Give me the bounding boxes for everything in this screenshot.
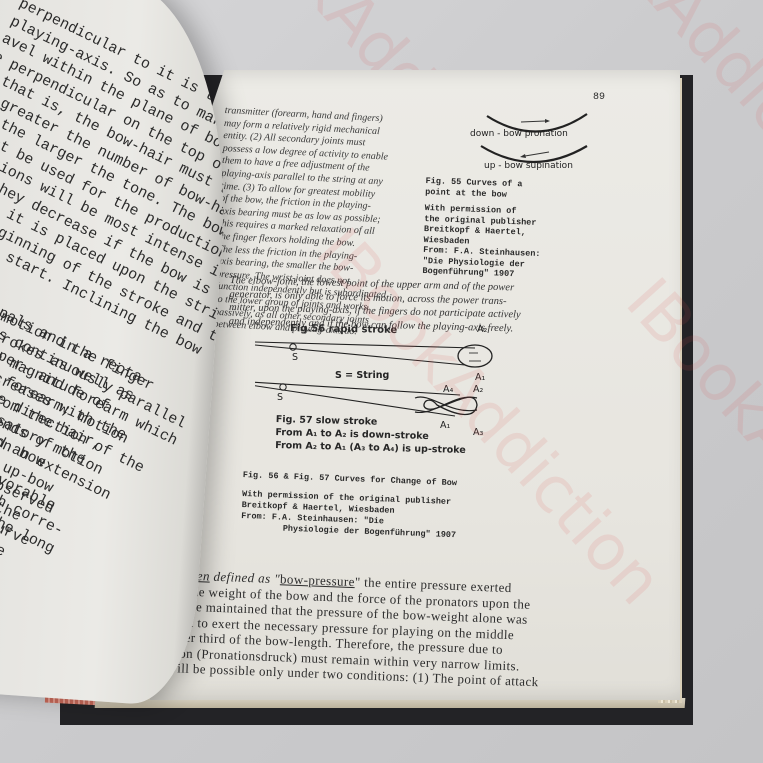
label-a1: A₁: [475, 372, 485, 383]
label-a4: A₄: [443, 384, 453, 395]
label-a2: A₂: [477, 324, 487, 335]
label-down-bow-pronation: down - bow pronation: [470, 129, 568, 139]
figure-56-57-caption: Fig. 56 & Fig. 57 Curves for Change of B…: [241, 470, 459, 541]
label-s: S: [277, 392, 283, 403]
label-s: S: [292, 352, 298, 363]
figure-55-caption: Fig. 55 Curves of a point at the bow Wit…: [422, 176, 543, 281]
term-bow-pressure: bow-pressure: [280, 571, 355, 589]
label-up-bow-supination: up - bow supination: [484, 161, 573, 171]
label-a3: A₃: [473, 427, 483, 438]
figure-55-diagram: down - bow pronation up - bow supination: [475, 108, 620, 178]
figure-57-text: Fig. 57 slow stroke From A₁ to A₂ is dow…: [275, 413, 467, 457]
page-number: 89: [593, 92, 605, 103]
label-a2: A₂: [473, 384, 483, 395]
body-text: Steinhausen defined as "bow-pressure" th…: [139, 566, 593, 692]
string-legend: S = String: [335, 370, 389, 381]
text-fragment: defined as ": [210, 569, 281, 587]
